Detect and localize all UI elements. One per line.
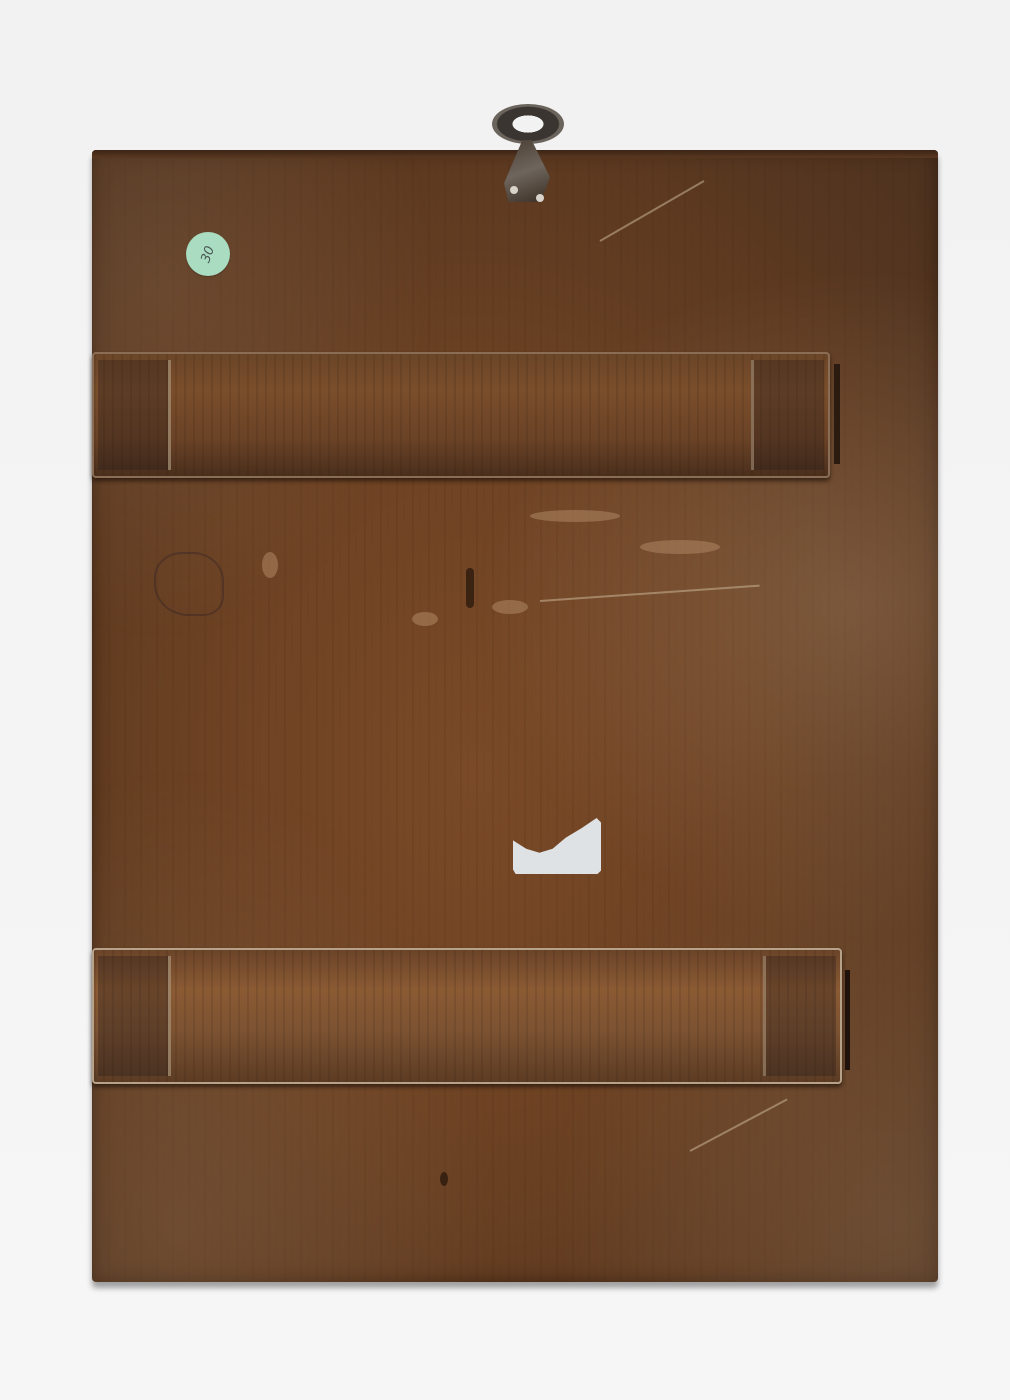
nail-icon — [536, 194, 544, 202]
hanger-icon — [488, 104, 568, 204]
top-batten — [92, 352, 830, 478]
wood-spot — [440, 1172, 448, 1186]
batten-slot — [845, 970, 850, 1070]
wood-knot — [412, 612, 438, 626]
ink-stamp — [154, 552, 224, 616]
batten-end — [751, 360, 824, 470]
wooden-panel — [92, 150, 938, 1282]
sticker-number: 30 — [198, 244, 218, 265]
batten-end — [763, 956, 836, 1076]
wood-knot — [262, 552, 278, 578]
nail-icon — [510, 186, 518, 194]
batten-end — [98, 360, 171, 470]
photo-background: 30 — [0, 0, 1010, 1400]
hanger-ring — [492, 104, 564, 144]
wood-knot — [492, 600, 528, 614]
inventory-sticker: 30 — [186, 232, 230, 276]
batten-end — [98, 956, 171, 1076]
wood-knot — [640, 540, 720, 554]
wood-knot — [530, 510, 620, 522]
batten-slot — [834, 364, 840, 464]
bottom-batten — [92, 948, 842, 1084]
nail-hole — [466, 568, 474, 608]
